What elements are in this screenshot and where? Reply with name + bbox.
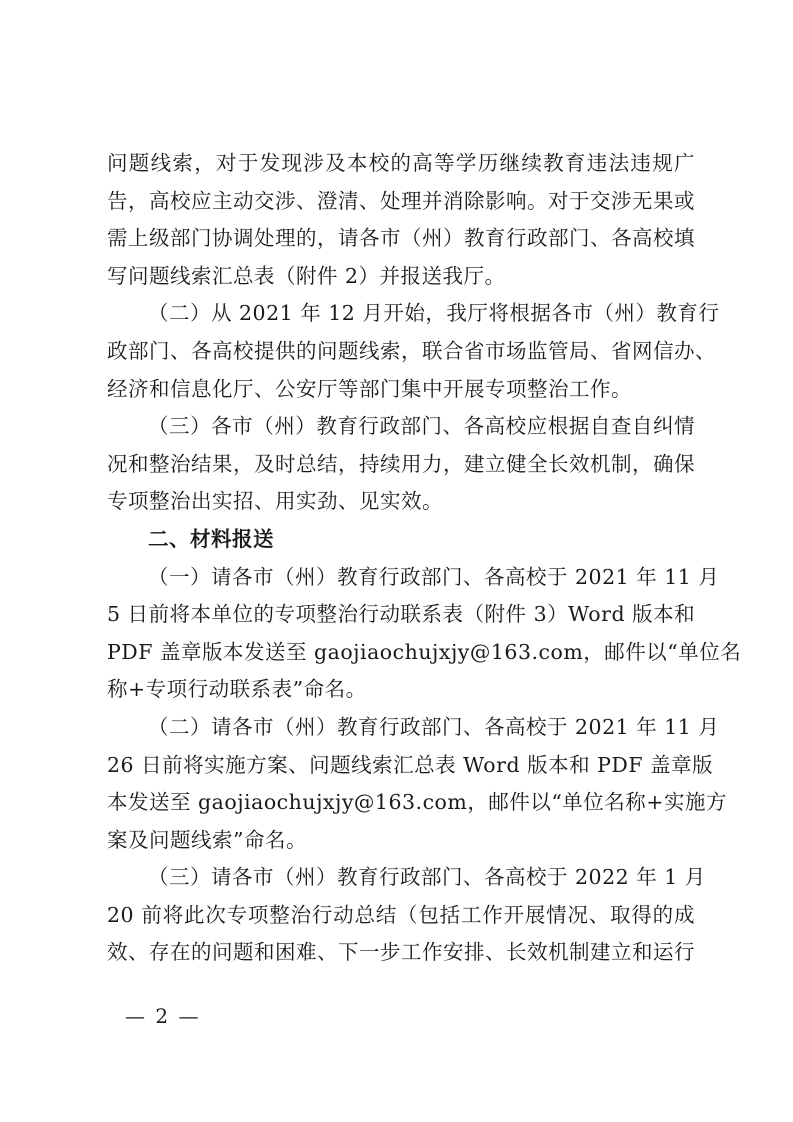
- text-line: 政部门、各高校提供的问题线索，联合省市场监管局、省网信办、: [107, 333, 695, 371]
- text-line: （三）各市（州）教育行政部门、各高校应根据自查自纠情: [107, 408, 695, 446]
- text-line: 案及问题线索”命名。: [107, 822, 695, 860]
- text-line: （二）从 2021 年 12 月开始，我厅将根据各市（州）教育行: [107, 295, 695, 333]
- text-line: PDF 盖章版本发送至 gaojiaochujxjy@163.com，邮件以“单…: [107, 634, 695, 672]
- text-line: 况和整治结果，及时总结，持续用力，建立健全长效机制，确保: [107, 446, 695, 484]
- page-number: — 2 —: [125, 1004, 200, 1028]
- text-line: 经济和信息化厅、公安厅等部门集中开展专项整治工作。: [107, 371, 695, 409]
- text-line: 5 日前将本单位的专项整治行动联系表（附件 3）Word 版本和: [107, 596, 695, 634]
- text-line: 问题线索，对于发现涉及本校的高等学历继续教育违法违规广: [107, 145, 695, 183]
- text-line: （二）请各市（州）教育行政部门、各高校于 2021 年 11 月: [107, 709, 695, 747]
- text-line: 告，高校应主动交涉、澄清、处理并消除影响。对于交涉无果或: [107, 183, 695, 221]
- text-line: 写问题线索汇总表（附件 2）并报送我厅。: [107, 258, 695, 296]
- text-line: （一）请各市（州）教育行政部门、各高校于 2021 年 11 月: [107, 559, 695, 597]
- document-body: 问题线索，对于发现涉及本校的高等学历继续教育违法违规广 告，高校应主动交涉、澄清…: [107, 145, 695, 972]
- text-line: 需上级部门协调处理的，请各市（州）教育行政部门、各高校填: [107, 220, 695, 258]
- text-line: 20 前将此次专项整治行动总结（包括工作开展情况、取得的成: [107, 897, 695, 935]
- text-line: 26 日前将实施方案、问题线索汇总表 Word 版本和 PDF 盖章版: [107, 747, 695, 785]
- text-line: 效、存在的问题和困难、下一步工作安排、长效机制建立和运行: [107, 934, 695, 972]
- section-heading: 二、材料报送: [107, 521, 695, 559]
- text-line: 称+专项行动联系表”命名。: [107, 671, 695, 709]
- text-line: 专项整治出实招、用实劲、见实效。: [107, 483, 695, 521]
- text-line: （三）请各市（州）教育行政部门、各高校于 2022 年 1 月: [107, 859, 695, 897]
- text-line: 本发送至 gaojiaochujxjy@163.com，邮件以“单位名称+实施方: [107, 784, 695, 822]
